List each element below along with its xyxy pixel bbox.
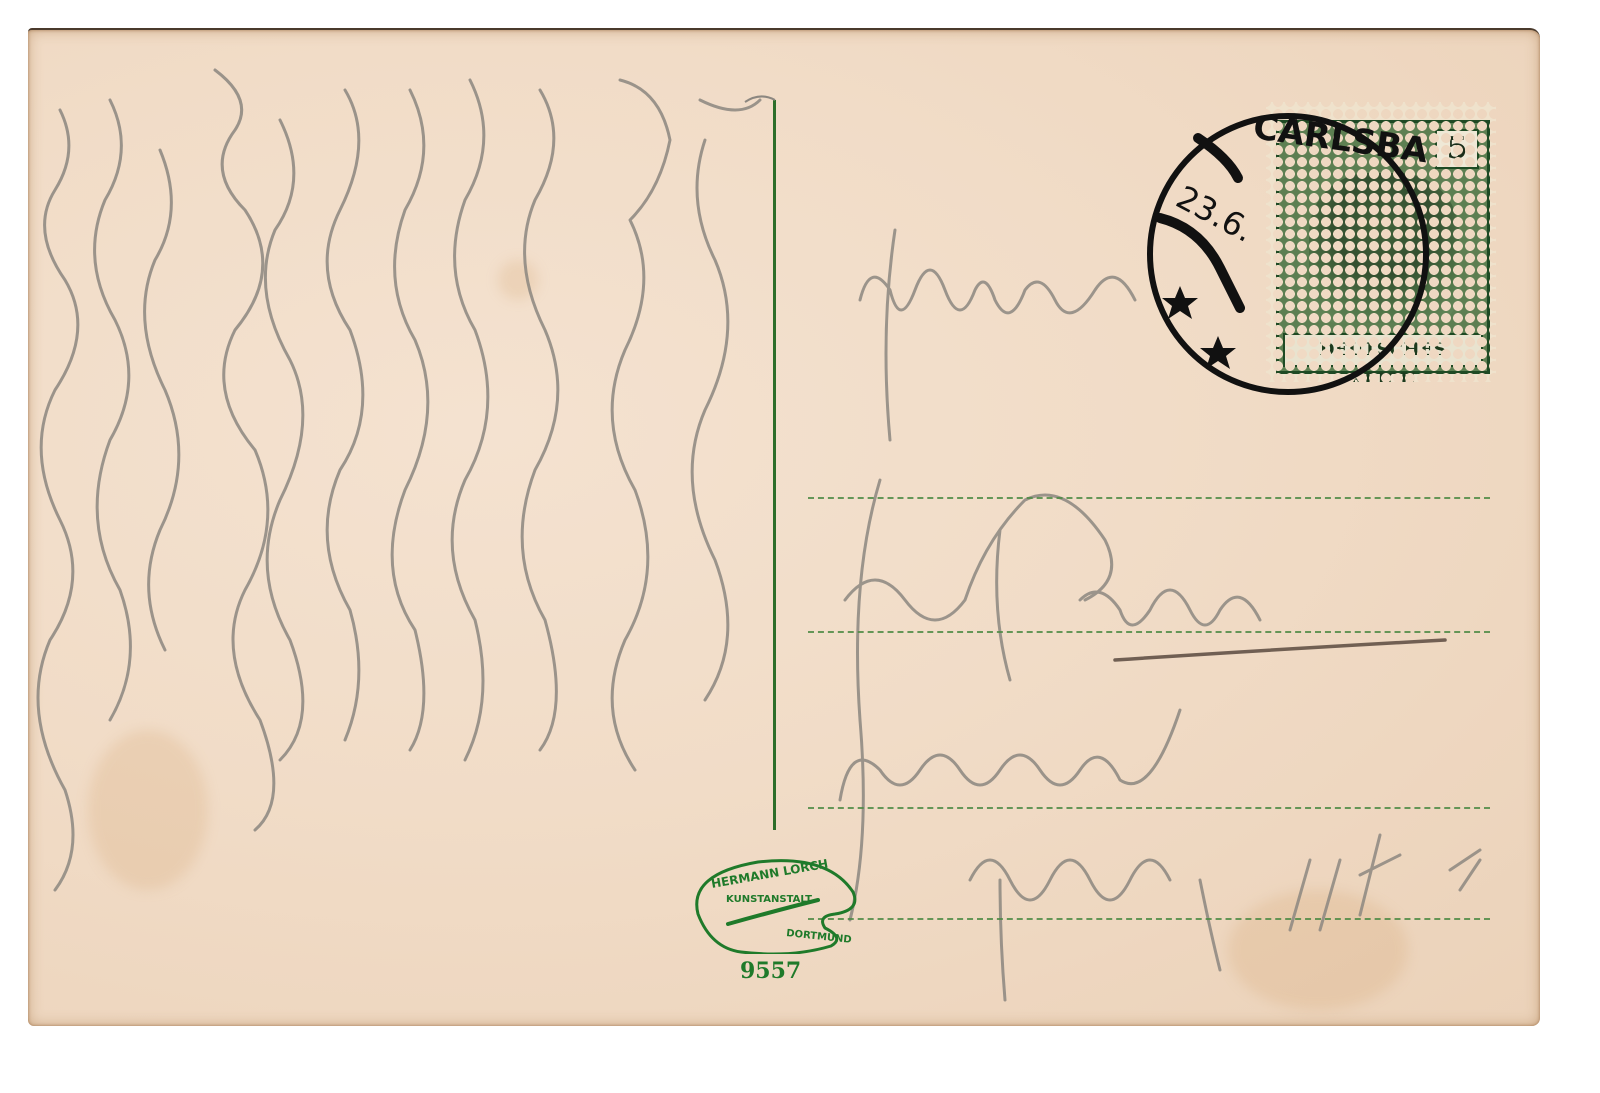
address-line-3 bbox=[808, 807, 1490, 809]
divider-ornament bbox=[740, 92, 780, 112]
address-line-2 bbox=[808, 631, 1490, 633]
svg-text:DORTMUND: DORTMUND bbox=[786, 928, 852, 946]
divider-line bbox=[773, 100, 776, 830]
stamp-value: 5 bbox=[1435, 129, 1479, 169]
svg-text:KUNSTANSTALT: KUNSTANSTALT bbox=[726, 894, 812, 905]
publisher-logo: HERMANN LORCH KUNSTANSTALT DORTMUND bbox=[688, 854, 858, 954]
svg-text:CARLSBA: CARLSBA bbox=[1251, 107, 1431, 171]
star-icon bbox=[1162, 286, 1198, 319]
postmark: CARLSBA bbox=[1140, 98, 1436, 410]
card-number: 9557 bbox=[740, 958, 801, 984]
address-line-1 bbox=[808, 497, 1490, 499]
address-line-4 bbox=[808, 918, 1490, 920]
